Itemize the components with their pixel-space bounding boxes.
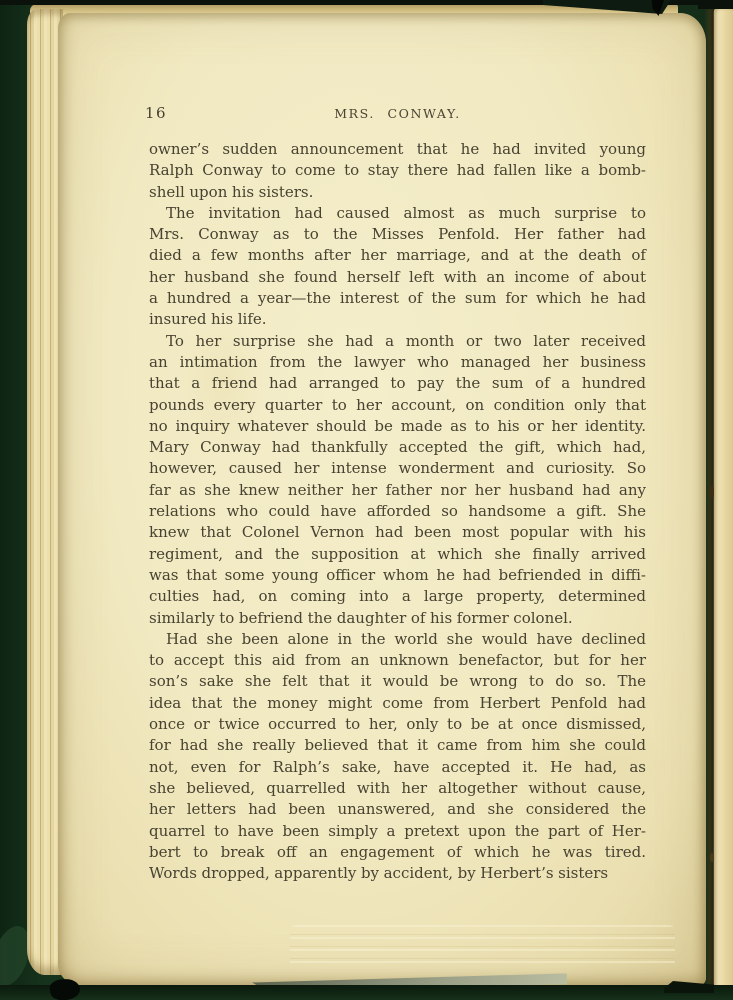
- text-line: however, caused her intense wonderment a…: [149, 458, 646, 479]
- text-line: Ralph Conway to come to stay there had f…: [149, 160, 646, 181]
- text-line: far as she knew neither her father nor h…: [149, 480, 646, 501]
- text-line: for had she really believed that it came…: [149, 735, 646, 756]
- printed-content: 16 MRS. CONWAY. owner’s sudden announcem…: [149, 0, 646, 1000]
- text-line: insured his life.: [149, 309, 646, 330]
- text-line: bert to break off an engagement of which…: [149, 842, 646, 863]
- text-line: knew that Colonel Vernon had been most p…: [149, 522, 646, 543]
- text-line: idea that the money might come from Herb…: [149, 693, 646, 714]
- text-line: culties had, on coming into a large prop…: [149, 586, 646, 607]
- text-line: she believed, quarrelled with her altoge…: [149, 778, 646, 799]
- text-line: no inquiry whatever should be made as to…: [149, 416, 646, 437]
- text-line: Mary Conway had thankfully accepted the …: [149, 437, 646, 458]
- book-cover-left-edge: [0, 0, 7, 1000]
- text-line: not, even for Ralph’s sake, have accepte…: [149, 757, 646, 778]
- text-line: that a friend had arranged to pay the su…: [149, 373, 646, 394]
- text-line: Words dropped, apparently by accident, b…: [149, 863, 646, 884]
- text-line: died a few months after her marriage, an…: [149, 245, 646, 266]
- text-line: pounds every quarter to her account, on …: [149, 395, 646, 416]
- text-line: her letters had been unanswered, and she…: [149, 799, 646, 820]
- running-header: MRS. CONWAY.: [149, 106, 646, 121]
- crease-mark: [710, 853, 714, 862]
- next-page-edge: [713, 8, 733, 990]
- text-line: similarly to befriend the daughter of hi…: [149, 608, 646, 629]
- text-line: relations who could have afforded so han…: [149, 501, 646, 522]
- text-line: once or twice occurred to her, only to b…: [149, 714, 646, 735]
- text-line: quarrel to have been simply a pretext up…: [149, 821, 646, 842]
- text-line: shell upon his sisters.: [149, 182, 646, 203]
- text-line: owner’s sudden announcement that he had …: [149, 139, 646, 160]
- text-line: to accept this aid from an unknown benef…: [149, 650, 646, 671]
- scanned-book-page: 16 MRS. CONWAY. owner’s sudden announcem…: [0, 0, 733, 1000]
- text-line: was that some young officer whom he had …: [149, 565, 646, 586]
- running-head-row: 16 MRS. CONWAY.: [149, 104, 646, 124]
- text-line: The invitation had caused almost as much…: [149, 203, 646, 224]
- book-cover-top-right: [698, 0, 733, 9]
- page-text: owner’s sudden announcement that he had …: [149, 139, 646, 884]
- crease-mark: [709, 486, 714, 498]
- text-line: a hundred a year—the interest of the sum…: [149, 288, 646, 309]
- text-line: Mrs. Conway as to the Misses Penfold. He…: [149, 224, 646, 245]
- text-line: her husband she found herself left with …: [149, 267, 646, 288]
- text-line: To her surprise she had a month or two l…: [149, 331, 646, 352]
- book-cover-bottom: [0, 985, 733, 1000]
- text-line: son’s sake she felt that it would be wro…: [149, 671, 646, 692]
- text-line: Had she been alone in the world she woul…: [149, 629, 646, 650]
- text-line: regiment, and the supposition at which s…: [149, 544, 646, 565]
- text-line: an intimation from the lawyer who manage…: [149, 352, 646, 373]
